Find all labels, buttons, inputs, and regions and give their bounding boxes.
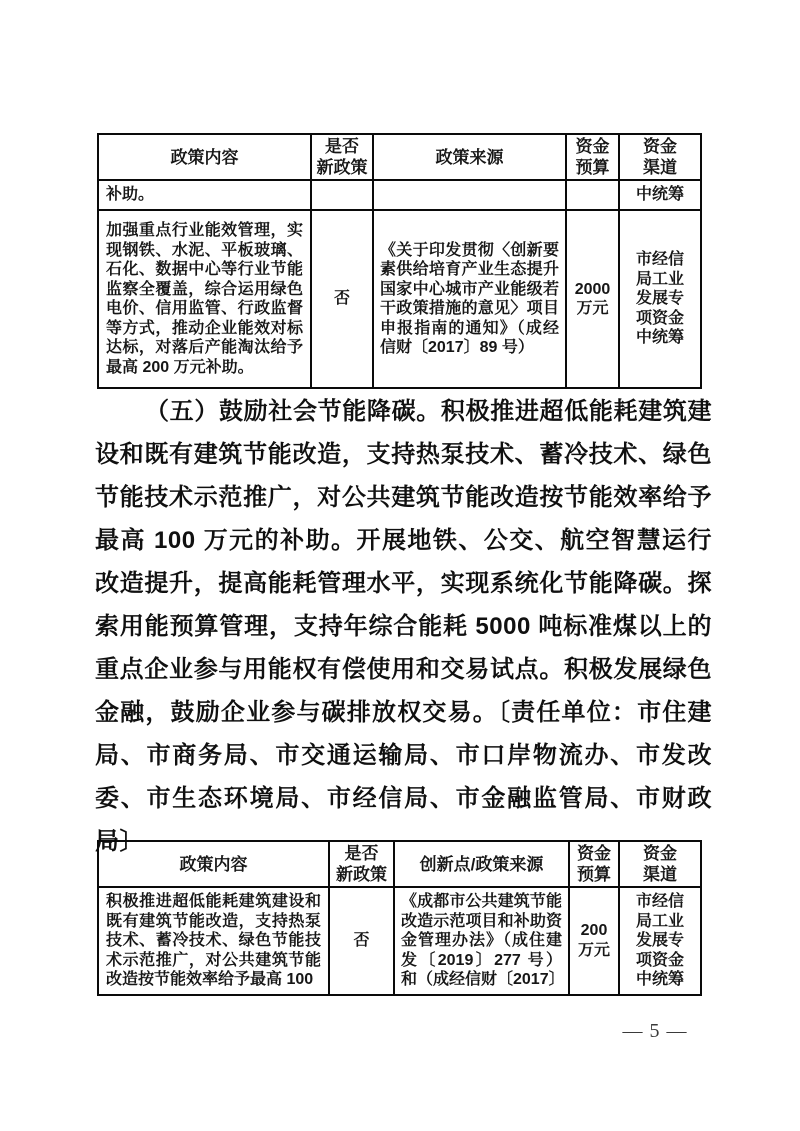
cell-policy-source: 《成都市公共建筑节能改造示范项目和补助资金管理办法》（成住建发〔2019〕277…	[394, 887, 569, 995]
header-line: 是否	[332, 843, 391, 864]
header-line: 政策内容	[101, 147, 308, 168]
header-line: 渠道	[622, 157, 698, 178]
header-line: 政策内容	[101, 854, 326, 875]
header-funding-channel: 资金 渠道	[619, 134, 701, 180]
cell-budget: 200 万元	[569, 887, 619, 995]
cell-budget: 2000 万元	[566, 210, 619, 388]
table-header-row: 政策内容 是否 新政策 政策来源 资金 预算 资金 渠道	[98, 134, 701, 180]
cell-policy-source: 《关于印发贯彻〈创新要素供给培育产业生态提升国家中心城市产业能级若干政策措施的意…	[373, 210, 566, 388]
cell-policy-source	[373, 180, 566, 210]
header-funding-channel: 资金 渠道	[619, 841, 701, 887]
header-policy-content: 政策内容	[98, 134, 311, 180]
table-header-row: 政策内容 是否 新政策 创新点/政策来源 资金 预算 资金 渠道	[98, 841, 701, 887]
section-5-paragraph: （五）鼓励社会节能降碳。积极推进超低能耗建筑建设和既有建筑节能改造，支持热泵技术…	[95, 390, 712, 863]
document-page: 政策内容 是否 新政策 政策来源 资金 预算 资金 渠道	[0, 0, 800, 1131]
header-line: 新政策	[332, 864, 391, 885]
table-row: 补助。 中统筹	[98, 180, 701, 210]
header-line: 渠道	[622, 864, 698, 885]
cell-funding-channel: 市经信局工业发展专项资金中统筹	[619, 887, 701, 995]
header-line: 资金	[569, 136, 616, 157]
header-line: 预算	[569, 157, 616, 178]
table-row: 积极推进超低能耗建筑建设和既有建筑节能改造，支持热泵技术、蓄冷技术、绿色节能技术…	[98, 887, 701, 995]
cell-is-new-policy	[311, 180, 373, 210]
header-line: 资金	[572, 843, 616, 864]
cell-is-new-policy: 否	[329, 887, 394, 995]
cell-policy-content: 补助。	[98, 180, 311, 210]
header-budget: 资金 预算	[566, 134, 619, 180]
page-number: — 5 —	[585, 1020, 725, 1043]
policy-table-top: 政策内容 是否 新政策 政策来源 资金 预算 资金 渠道	[97, 133, 702, 389]
header-line: 创新点/政策来源	[397, 854, 566, 875]
header-line: 政策来源	[376, 147, 563, 168]
header-is-new-policy: 是否 新政策	[329, 841, 394, 887]
cell-funding-channel: 中统筹	[619, 180, 701, 210]
header-line: 预算	[572, 864, 616, 885]
header-is-new-policy: 是否 新政策	[311, 134, 373, 180]
header-policy-content: 政策内容	[98, 841, 329, 887]
cell-policy-content: 加强重点行业能效管理，实现钢铁、水泥、平板玻璃、石化、数据中心等行业节能监察全覆…	[98, 210, 311, 388]
table-row: 加强重点行业能效管理，实现钢铁、水泥、平板玻璃、石化、数据中心等行业节能监察全覆…	[98, 210, 701, 388]
header-line: 资金	[622, 136, 698, 157]
cell-is-new-policy: 否	[311, 210, 373, 388]
cell-budget	[566, 180, 619, 210]
header-line: 新政策	[314, 157, 370, 178]
policy-table-bottom: 政策内容 是否 新政策 创新点/政策来源 资金 预算 资金 渠道	[97, 840, 702, 996]
header-policy-source: 政策来源	[373, 134, 566, 180]
cell-policy-content: 积极推进超低能耗建筑建设和既有建筑节能改造，支持热泵技术、蓄冷技术、绿色节能技术…	[98, 887, 329, 995]
header-budget: 资金 预算	[569, 841, 619, 887]
header-line: 资金	[622, 843, 698, 864]
cell-funding-channel: 市经信局工业发展专项资金中统筹	[619, 210, 701, 388]
header-innovation-policy-source: 创新点/政策来源	[394, 841, 569, 887]
header-line: 是否	[314, 136, 370, 157]
